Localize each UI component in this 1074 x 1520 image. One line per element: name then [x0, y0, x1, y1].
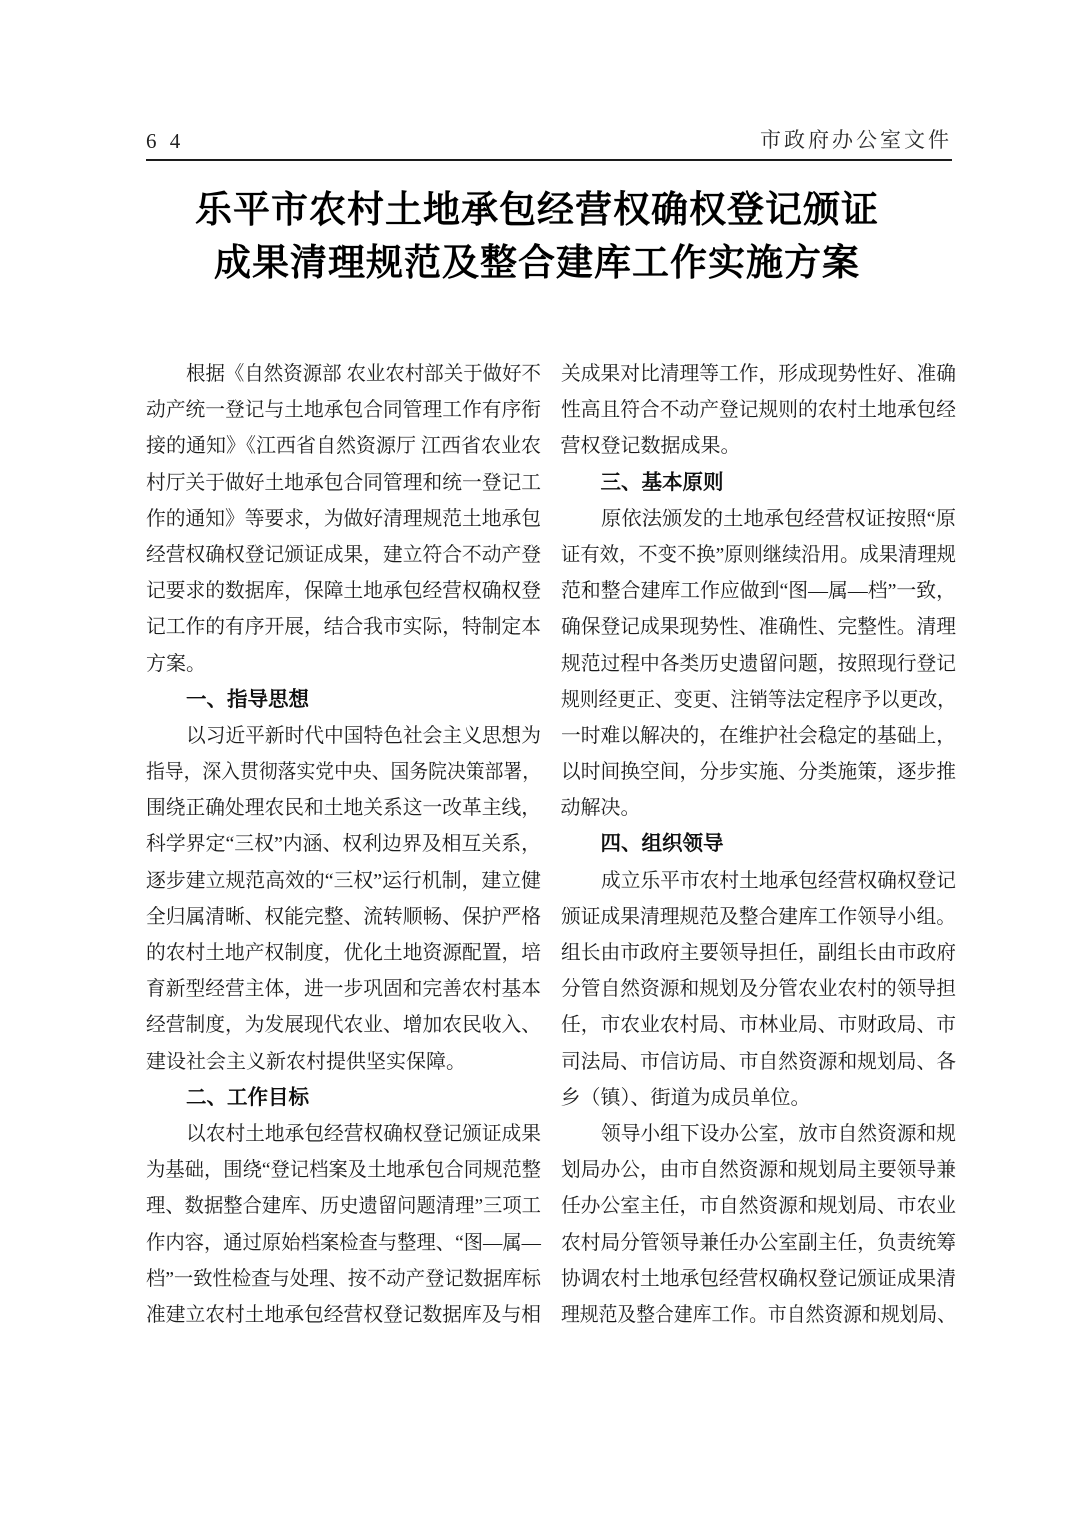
body-columns: 根据《自然资源部 农业农村部关于做好不动产统一登记与土地承包合同管理工作有序衔接…	[146, 356, 955, 1333]
text-line-content: 村厅关于做好土地承包合同管理和统一登记工	[146, 465, 541, 501]
text-line: 为基础，围绕“登记档案及土地承包合同规范整	[146, 1152, 541, 1188]
text-line: 记工作的有序开展，结合我市实际，特制定本	[146, 609, 541, 645]
page-number: 6 4	[146, 129, 184, 154]
text-line: 档”一致性检查与处理、按不动产登记数据库标	[146, 1261, 541, 1297]
section-heading: 三、基本原则	[561, 465, 956, 501]
text-line-content: 证有效，不变不换”原则继续沿用。成果清理规	[561, 537, 956, 573]
text-line-content: 任办公室主任，市自然资源和规划局、市农业	[561, 1188, 956, 1224]
text-line-content: 理规范及整合建库工作。市自然资源和规划局、	[561, 1297, 956, 1333]
text-line: 农村局分管领导兼任办公室副主任，负责统筹	[561, 1225, 956, 1261]
text-line-content: 分管自然资源和规划及分管农业农村的领导担	[561, 971, 956, 1007]
text-line: 作内容，通过原始档案检查与整理、“图—属—	[146, 1225, 541, 1261]
text-line: 根据《自然资源部 农业农村部关于做好不	[146, 356, 541, 392]
paragraph: 以习近平新时代中国特色社会主义思想为指导，深入贯彻落实党中央、国务院决策部署，围…	[146, 718, 541, 1080]
text-line: 规则经更正、变更、注销等法定程序予以更改，	[561, 682, 956, 718]
left-column: 根据《自然资源部 农业农村部关于做好不动产统一登记与土地承包合同管理工作有序衔接…	[146, 356, 541, 1333]
text-line: 协调农村土地承包经营权确权登记颁证成果清	[561, 1261, 956, 1297]
text-line: 的农村土地产权制度，优化土地资源配置，培	[146, 935, 541, 971]
document-title-line2: 成果清理规范及整合建库工作实施方案	[0, 236, 1074, 289]
text-line-content: 方案。	[146, 646, 206, 682]
text-line: 科学界定“三权”内涵、权利边界及相互关系，	[146, 826, 541, 862]
text-line: 动产统一登记与土地承包合同管理工作有序衔	[146, 392, 541, 428]
text-line-content: 为基础，围绕“登记档案及土地承包合同规范整	[146, 1152, 541, 1188]
text-line: 准建立农村土地承包经营权登记数据库及与相	[146, 1297, 541, 1333]
text-line-content: 档”一致性检查与处理、按不动产登记数据库标	[146, 1261, 541, 1297]
text-line-content: 原依法颁发的土地承包经营权证按照“原	[601, 501, 956, 537]
text-line-content: 经营权确权登记颁证成果，建立符合不动产登	[146, 537, 541, 573]
text-line-content: 农村局分管领导兼任办公室副主任，负责统筹	[561, 1225, 956, 1261]
text-line: 理规范及整合建库工作。市自然资源和规划局、	[561, 1297, 956, 1333]
text-line: 原依法颁发的土地承包经营权证按照“原	[561, 501, 956, 537]
document-page: 6 4 市政府办公室文件 乐平市农村土地承包经营权确权登记颁证 成果清理规范及整…	[0, 0, 1074, 1520]
text-line: 接的通知》《江西省自然资源厅 江西省农业农	[146, 428, 541, 464]
text-line-content: 关成果对比清理等工作，形成现势性好、准确	[561, 356, 956, 392]
text-line: 动解决。	[561, 790, 956, 826]
text-line-content: 的农村土地产权制度，优化土地资源配置，培	[146, 935, 541, 971]
text-line: 组长由市政府主要领导担任，副组长由市政府	[561, 935, 956, 971]
text-line-content: 以农村土地承包经营权确权登记颁证成果	[186, 1116, 541, 1152]
text-line-content: 准建立农村土地承包经营权登记数据库及与相	[146, 1297, 541, 1333]
section-heading: 一、指导思想	[146, 682, 541, 718]
text-line-content: 颁证成果清理规范及整合建库工作领导小组。	[561, 899, 956, 935]
text-line-content: 确保登记成果现势性、准确性、完整性。清理	[561, 609, 956, 645]
text-line: 范和整合建库工作应做到“图—属—档”一致，	[561, 573, 956, 609]
text-line-content: 逐步建立规范高效的“三权”运行机制，建立健	[146, 863, 541, 899]
paragraph: 成立乐平市农村土地承包经营权确权登记颁证成果清理规范及整合建库工作领导小组。组长…	[561, 863, 956, 1116]
text-line: 分管自然资源和规划及分管农业农村的领导担	[561, 971, 956, 1007]
paragraph: 以农村土地承包经营权确权登记颁证成果为基础，围绕“登记档案及土地承包合同规范整理…	[146, 1116, 541, 1333]
text-line-content: 动产统一登记与土地承包合同管理工作有序衔	[146, 392, 541, 428]
document-title-line1: 乐平市农村土地承包经营权确权登记颁证	[0, 183, 1074, 236]
text-line-content: 规范过程中各类历史遗留问题，按照现行登记	[561, 646, 956, 682]
text-line: 证有效，不变不换”原则继续沿用。成果清理规	[561, 537, 956, 573]
text-line-content: 育新型经营主体，进一步巩固和完善农村基本	[146, 971, 541, 1007]
text-line-content: 理、数据整合建库、历史遗留问题清理”三项工	[146, 1188, 541, 1224]
text-line-content: 根据《自然资源部 农业农村部关于做好不	[186, 356, 541, 392]
text-line-content: 规则经更正、变更、注销等法定程序予以更改，	[561, 682, 956, 718]
text-line: 领导小组下设办公室，放市自然资源和规	[561, 1116, 956, 1152]
text-line-content: 成立乐平市农村土地承包经营权确权登记	[601, 863, 956, 899]
text-line: 性高且符合不动产登记规则的农村土地承包经	[561, 392, 956, 428]
text-line-content: 一时难以解决的，在维护社会稳定的基础上，	[561, 718, 956, 754]
text-line-content: 动解决。	[561, 790, 641, 826]
paragraph: 根据《自然资源部 农业农村部关于做好不动产统一登记与土地承包合同管理工作有序衔接…	[146, 356, 541, 682]
text-line: 规范过程中各类历史遗留问题，按照现行登记	[561, 646, 956, 682]
text-line: 逐步建立规范高效的“三权”运行机制，建立健	[146, 863, 541, 899]
text-line: 一时难以解决的，在维护社会稳定的基础上，	[561, 718, 956, 754]
text-line-content: 全归属清晰、权能完整、流转顺畅、保护严格	[146, 899, 541, 935]
text-line-content: 指导，深入贯彻落实党中央、国务院决策部署，	[146, 754, 541, 790]
text-line-content: 协调农村土地承包经营权确权登记颁证成果清	[561, 1261, 956, 1297]
paragraph: 领导小组下设办公室，放市自然资源和规划局办公，由市自然资源和规划局主要领导兼任办…	[561, 1116, 956, 1333]
text-line-content: 以习近平新时代中国特色社会主义思想为	[186, 718, 541, 754]
text-line-content: 建设社会主义新农村提供坚实保障。	[146, 1044, 466, 1080]
text-line-content: 以时间换空间，分步实施、分类施策，逐步推	[561, 754, 956, 790]
paragraph: 关成果对比清理等工作，形成现势性好、准确性高且符合不动产登记规则的农村土地承包经…	[561, 356, 956, 465]
text-line: 乡（镇）、街道为成员单位。	[561, 1080, 956, 1116]
text-line: 村厅关于做好土地承包合同管理和统一登记工	[146, 465, 541, 501]
text-line: 任办公室主任，市自然资源和规划局、市农业	[561, 1188, 956, 1224]
section-heading: 四、组织领导	[561, 826, 956, 862]
text-line-content: 接的通知》《江西省自然资源厅 江西省农业农	[146, 428, 541, 464]
paragraph: 原依法颁发的土地承包经营权证按照“原证有效，不变不换”原则继续沿用。成果清理规范…	[561, 501, 956, 827]
text-line: 划局办公，由市自然资源和规划局主要领导兼	[561, 1152, 956, 1188]
right-column: 关成果对比清理等工作，形成现势性好、准确性高且符合不动产登记规则的农村土地承包经…	[561, 356, 956, 1333]
text-line: 营权登记数据成果。	[561, 428, 956, 464]
text-line: 理、数据整合建库、历史遗留问题清理”三项工	[146, 1188, 541, 1224]
text-line-content: 作的通知》等要求，为做好清理规范土地承包	[146, 501, 541, 537]
text-line: 育新型经营主体，进一步巩固和完善农村基本	[146, 971, 541, 1007]
text-line-content: 范和整合建库工作应做到“图—属—档”一致，	[561, 573, 956, 609]
text-line: 司法局、市信访局、市自然资源和规划局、各	[561, 1044, 956, 1080]
text-line: 以习近平新时代中国特色社会主义思想为	[146, 718, 541, 754]
text-line: 围绕正确处理农民和土地关系这一改革主线，	[146, 790, 541, 826]
text-line: 方案。	[146, 646, 541, 682]
document-title: 乐平市农村土地承包经营权确权登记颁证 成果清理规范及整合建库工作实施方案	[0, 183, 1074, 289]
text-line-content: 作内容，通过原始档案检查与整理、“图—属—	[146, 1225, 541, 1261]
text-line-content: 任，市农业农村局、市林业局、市财政局、市	[561, 1007, 956, 1043]
text-line-content: 记要求的数据库，保障土地承包经营权确权登	[146, 573, 541, 609]
text-line: 经营制度，为发展现代农业、增加农民收入、	[146, 1007, 541, 1043]
text-line: 指导，深入贯彻落实党中央、国务院决策部署，	[146, 754, 541, 790]
text-line-content: 组长由市政府主要领导担任，副组长由市政府	[561, 935, 956, 971]
text-line: 以农村土地承包经营权确权登记颁证成果	[146, 1116, 541, 1152]
text-line: 全归属清晰、权能完整、流转顺畅、保护严格	[146, 899, 541, 935]
text-line: 作的通知》等要求，为做好清理规范土地承包	[146, 501, 541, 537]
section-heading: 二、工作目标	[146, 1080, 541, 1116]
text-line: 以时间换空间，分步实施、分类施策，逐步推	[561, 754, 956, 790]
text-line: 确保登记成果现势性、准确性、完整性。清理	[561, 609, 956, 645]
text-line-content: 领导小组下设办公室，放市自然资源和规	[601, 1116, 956, 1152]
text-line-content: 乡（镇）、街道为成员单位。	[561, 1080, 811, 1116]
text-line-content: 围绕正确处理农民和土地关系这一改革主线，	[146, 790, 541, 826]
text-line-content: 科学界定“三权”内涵、权利边界及相互关系，	[146, 826, 541, 862]
text-line-content: 营权登记数据成果。	[561, 428, 741, 464]
text-line-content: 性高且符合不动产登记规则的农村土地承包经	[561, 392, 956, 428]
page-header: 6 4 市政府办公室文件	[146, 124, 952, 161]
header-doc-label: 市政府办公室文件	[760, 124, 952, 154]
text-line: 任，市农业农村局、市林业局、市财政局、市	[561, 1007, 956, 1043]
text-line-content: 划局办公，由市自然资源和规划局主要领导兼	[561, 1152, 956, 1188]
text-line: 颁证成果清理规范及整合建库工作领导小组。	[561, 899, 956, 935]
text-line: 成立乐平市农村土地承包经营权确权登记	[561, 863, 956, 899]
text-line: 经营权确权登记颁证成果，建立符合不动产登	[146, 537, 541, 573]
text-line-content: 经营制度，为发展现代农业、增加农民收入、	[146, 1007, 541, 1043]
text-line-content: 司法局、市信访局、市自然资源和规划局、各	[561, 1044, 956, 1080]
text-line: 建设社会主义新农村提供坚实保障。	[146, 1044, 541, 1080]
text-line: 关成果对比清理等工作，形成现势性好、准确	[561, 356, 956, 392]
text-line-content: 记工作的有序开展，结合我市实际，特制定本	[146, 609, 541, 645]
text-line: 记要求的数据库，保障土地承包经营权确权登	[146, 573, 541, 609]
